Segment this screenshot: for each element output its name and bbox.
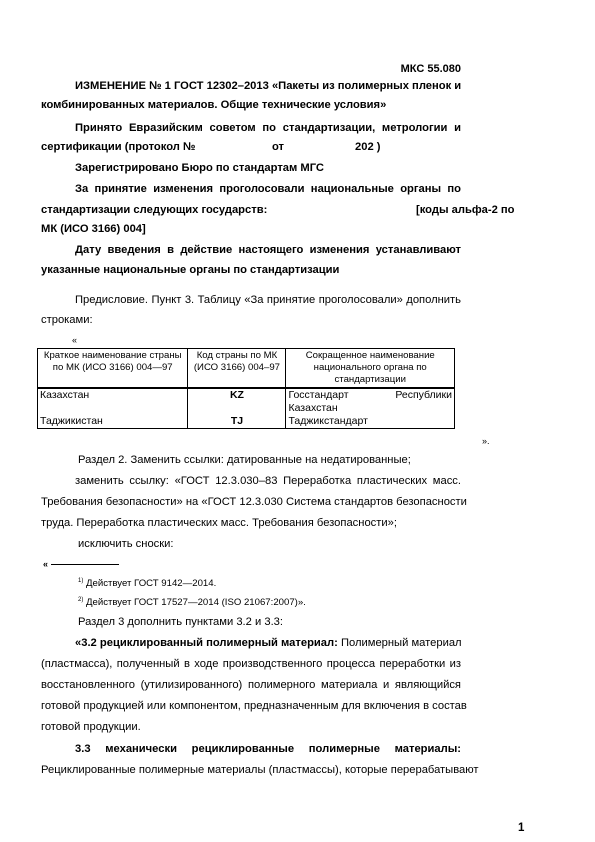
cell-code: KZ — [188, 388, 286, 415]
adopted-protocol-label: сертификации (протокол № — [41, 140, 195, 154]
footnote-1-mark: 1) — [78, 578, 83, 584]
cell-standards-body: Госстандарт Республики Казахстан — [286, 388, 455, 415]
header-country-code: Код страны по МК (ИСО 3166) 004–97 — [188, 349, 286, 389]
clause-3-2-definition-start: Полимерный материал — [341, 637, 462, 649]
clause-3-2-line3: восстановленного (утилизированного) поли… — [41, 678, 461, 692]
replace-reference-line3: труда. Переработка пластических масс. Тр… — [41, 516, 397, 530]
clause-3-2-line2: (пластмасса), полученный в ходе производ… — [41, 657, 461, 671]
page-number: 1 — [518, 822, 524, 834]
document-page: МКС 55.080 ИЗМЕНЕНИЕ № 1 ГОСТ 12302–2013… — [0, 0, 595, 842]
footnote-1: 1) Действует ГОСТ 9142—2014. — [78, 577, 216, 591]
footnote-separator — [51, 564, 119, 565]
classification-code: МКС 55.080 — [401, 62, 461, 76]
amendment-title-line2: комбинированных материалов. Общие технич… — [41, 98, 386, 112]
clause-3-2-line1: «3.2 рециклированный полимерный материал… — [75, 636, 461, 650]
preface-line2: строками: — [41, 313, 93, 327]
footnotes-open-quote: « — [43, 557, 48, 571]
clause-3-2-line4: готовой продукцией или компонентом, пред… — [41, 699, 461, 713]
amendment-title-line1: ИЗМЕНЕНИЕ № 1 ГОСТ 12302–2013 «Пакеты из… — [75, 79, 461, 93]
effective-date-line1: Дату введения в действие настоящего изме… — [75, 243, 461, 257]
section2-line: Раздел 2. Заменить ссылки: датированные … — [78, 453, 411, 467]
registered-line: Зарегистрировано Бюро по стандартам МГС — [75, 161, 324, 175]
org-name-part3: Казахстан — [288, 402, 452, 415]
voted-line2-states: стандартизации следующих государств: — [41, 203, 267, 217]
clause-3-3-line2: Рециклированные полимерные материалы (пл… — [41, 763, 461, 777]
replace-reference-line2: Требования безопасности» на «ГОСТ 12.3.0… — [41, 495, 461, 509]
org-name-part2: Республики — [395, 389, 452, 402]
org-name-part1: Госстандарт — [288, 389, 348, 402]
table-open-quote: « — [72, 333, 77, 347]
replace-reference-line1: заменить ссылку: «ГОСТ 12.3.030–83 Перер… — [75, 474, 461, 488]
voting-countries-table: Краткое наименование страны по МК (ИСО 3… — [37, 348, 455, 429]
table-row: Казахстан KZ Госстандарт Республики Каза… — [38, 388, 455, 415]
clause-3-2-line5: готовой продукции. — [41, 720, 141, 734]
voted-line1: За принятие изменения проголосовали наци… — [75, 182, 461, 196]
clause-3-3-term: 3.3 механически рециклированные полимерн… — [75, 742, 461, 756]
exclude-footnotes-line: исключить сноски: — [78, 537, 174, 551]
cell-standards-body: Таджикстандарт — [286, 415, 455, 429]
table-row: Таджикистан TJ Таджикстандарт — [38, 415, 455, 429]
footnote-2-text: Действует ГОСТ 17527—2014 (ISO 21067:200… — [86, 597, 306, 608]
adopted-year: 202 ) — [355, 140, 381, 154]
table-close-quote: ». — [482, 434, 490, 448]
cell-code: TJ — [188, 415, 286, 429]
preface-line1: Предисловие. Пункт 3. Таблицу «За принят… — [75, 293, 461, 307]
cell-country: Таджикистан — [38, 415, 188, 429]
adopted-from-label: от — [272, 140, 284, 154]
table-header-row: Краткое наименование страны по МК (ИСО 3… — [38, 349, 455, 389]
section3-line: Раздел 3 дополнить пунктами 3.2 и 3.3: — [78, 615, 283, 629]
clause-3-2-term: «3.2 рециклированный полимерный материал… — [75, 637, 338, 649]
footnote-1-text: Действует ГОСТ 9142—2014. — [86, 578, 216, 589]
cell-country: Казахстан — [38, 388, 188, 415]
adopted-line1: Принято Евразийским советом по стандарти… — [75, 121, 461, 135]
footnote-2: 2) Действует ГОСТ 17527—2014 (ISO 21067:… — [78, 596, 306, 610]
footnote-2-mark: 2) — [78, 597, 83, 603]
effective-date-line2: указанные национальные органы по стандар… — [41, 263, 339, 277]
voted-line3: МК (ИСО 3166) 004] — [41, 222, 146, 236]
voted-line2-codes: [коды альфа-2 по — [416, 203, 515, 217]
header-country-name: Краткое наименование страны по МК (ИСО 3… — [38, 349, 188, 389]
header-standards-body: Сокращенное наименование национального о… — [286, 349, 455, 389]
